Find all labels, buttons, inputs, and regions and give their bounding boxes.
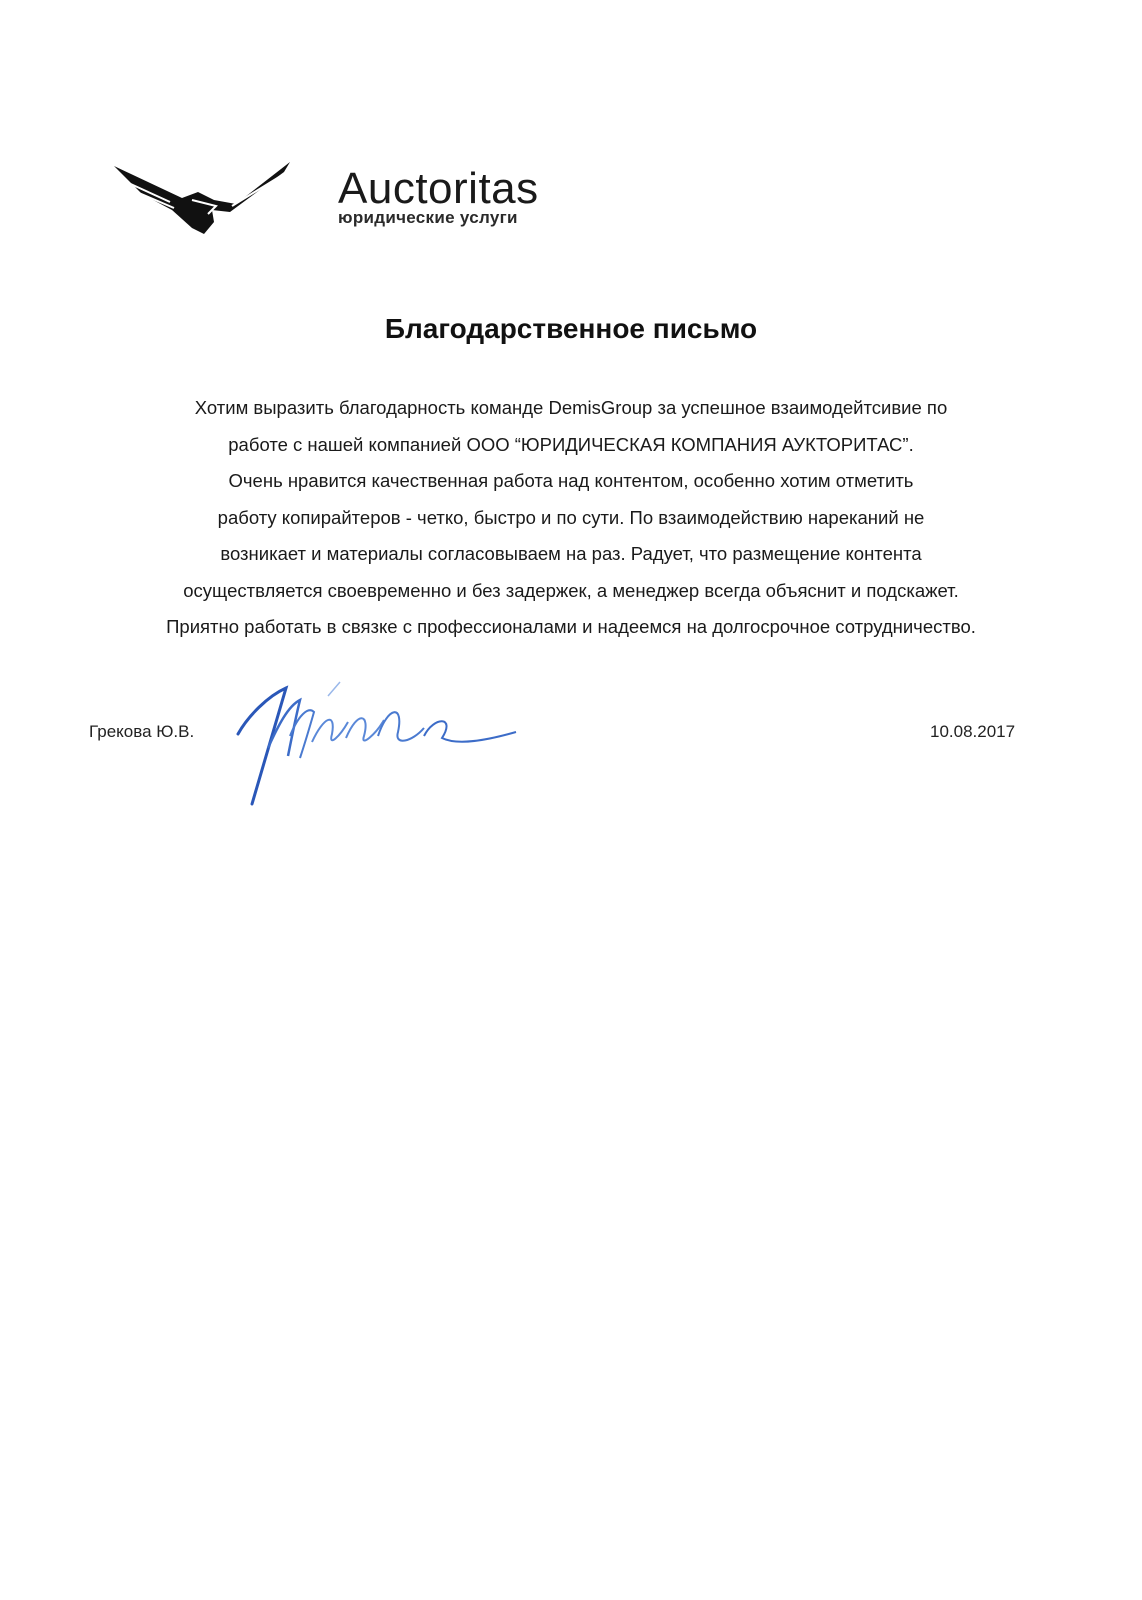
signature-image (228, 676, 528, 811)
letter-body: Хотим выразить благодарность команде Dem… (60, 390, 1082, 646)
company-logo: Auctoritas юридические услуги (112, 160, 572, 240)
body-line: Очень нравится качественная работа над к… (60, 463, 1082, 500)
document-title: Благодарственное письмо (0, 313, 1142, 345)
body-line: работе с нашей компанией ООО “ЮРИДИЧЕСКА… (60, 427, 1082, 464)
body-line: работу копирайтеров - четко, быстро и по… (60, 500, 1082, 537)
brand-tagline: юридические услуги (338, 208, 518, 228)
brand-name: Auctoritas (338, 164, 539, 214)
body-line: Хотим выразить благодарность команде Dem… (60, 390, 1082, 427)
signer-name: Грекова Ю.В. (89, 722, 194, 742)
body-line: осуществляется своевременно и без задерж… (60, 573, 1082, 610)
body-line: Приятно работать в связке с профессионал… (60, 609, 1082, 646)
document-date: 10.08.2017 (930, 722, 1015, 742)
body-line: возникает и материалы согласовываем на р… (60, 536, 1082, 573)
wings-handshake-icon (112, 160, 294, 236)
